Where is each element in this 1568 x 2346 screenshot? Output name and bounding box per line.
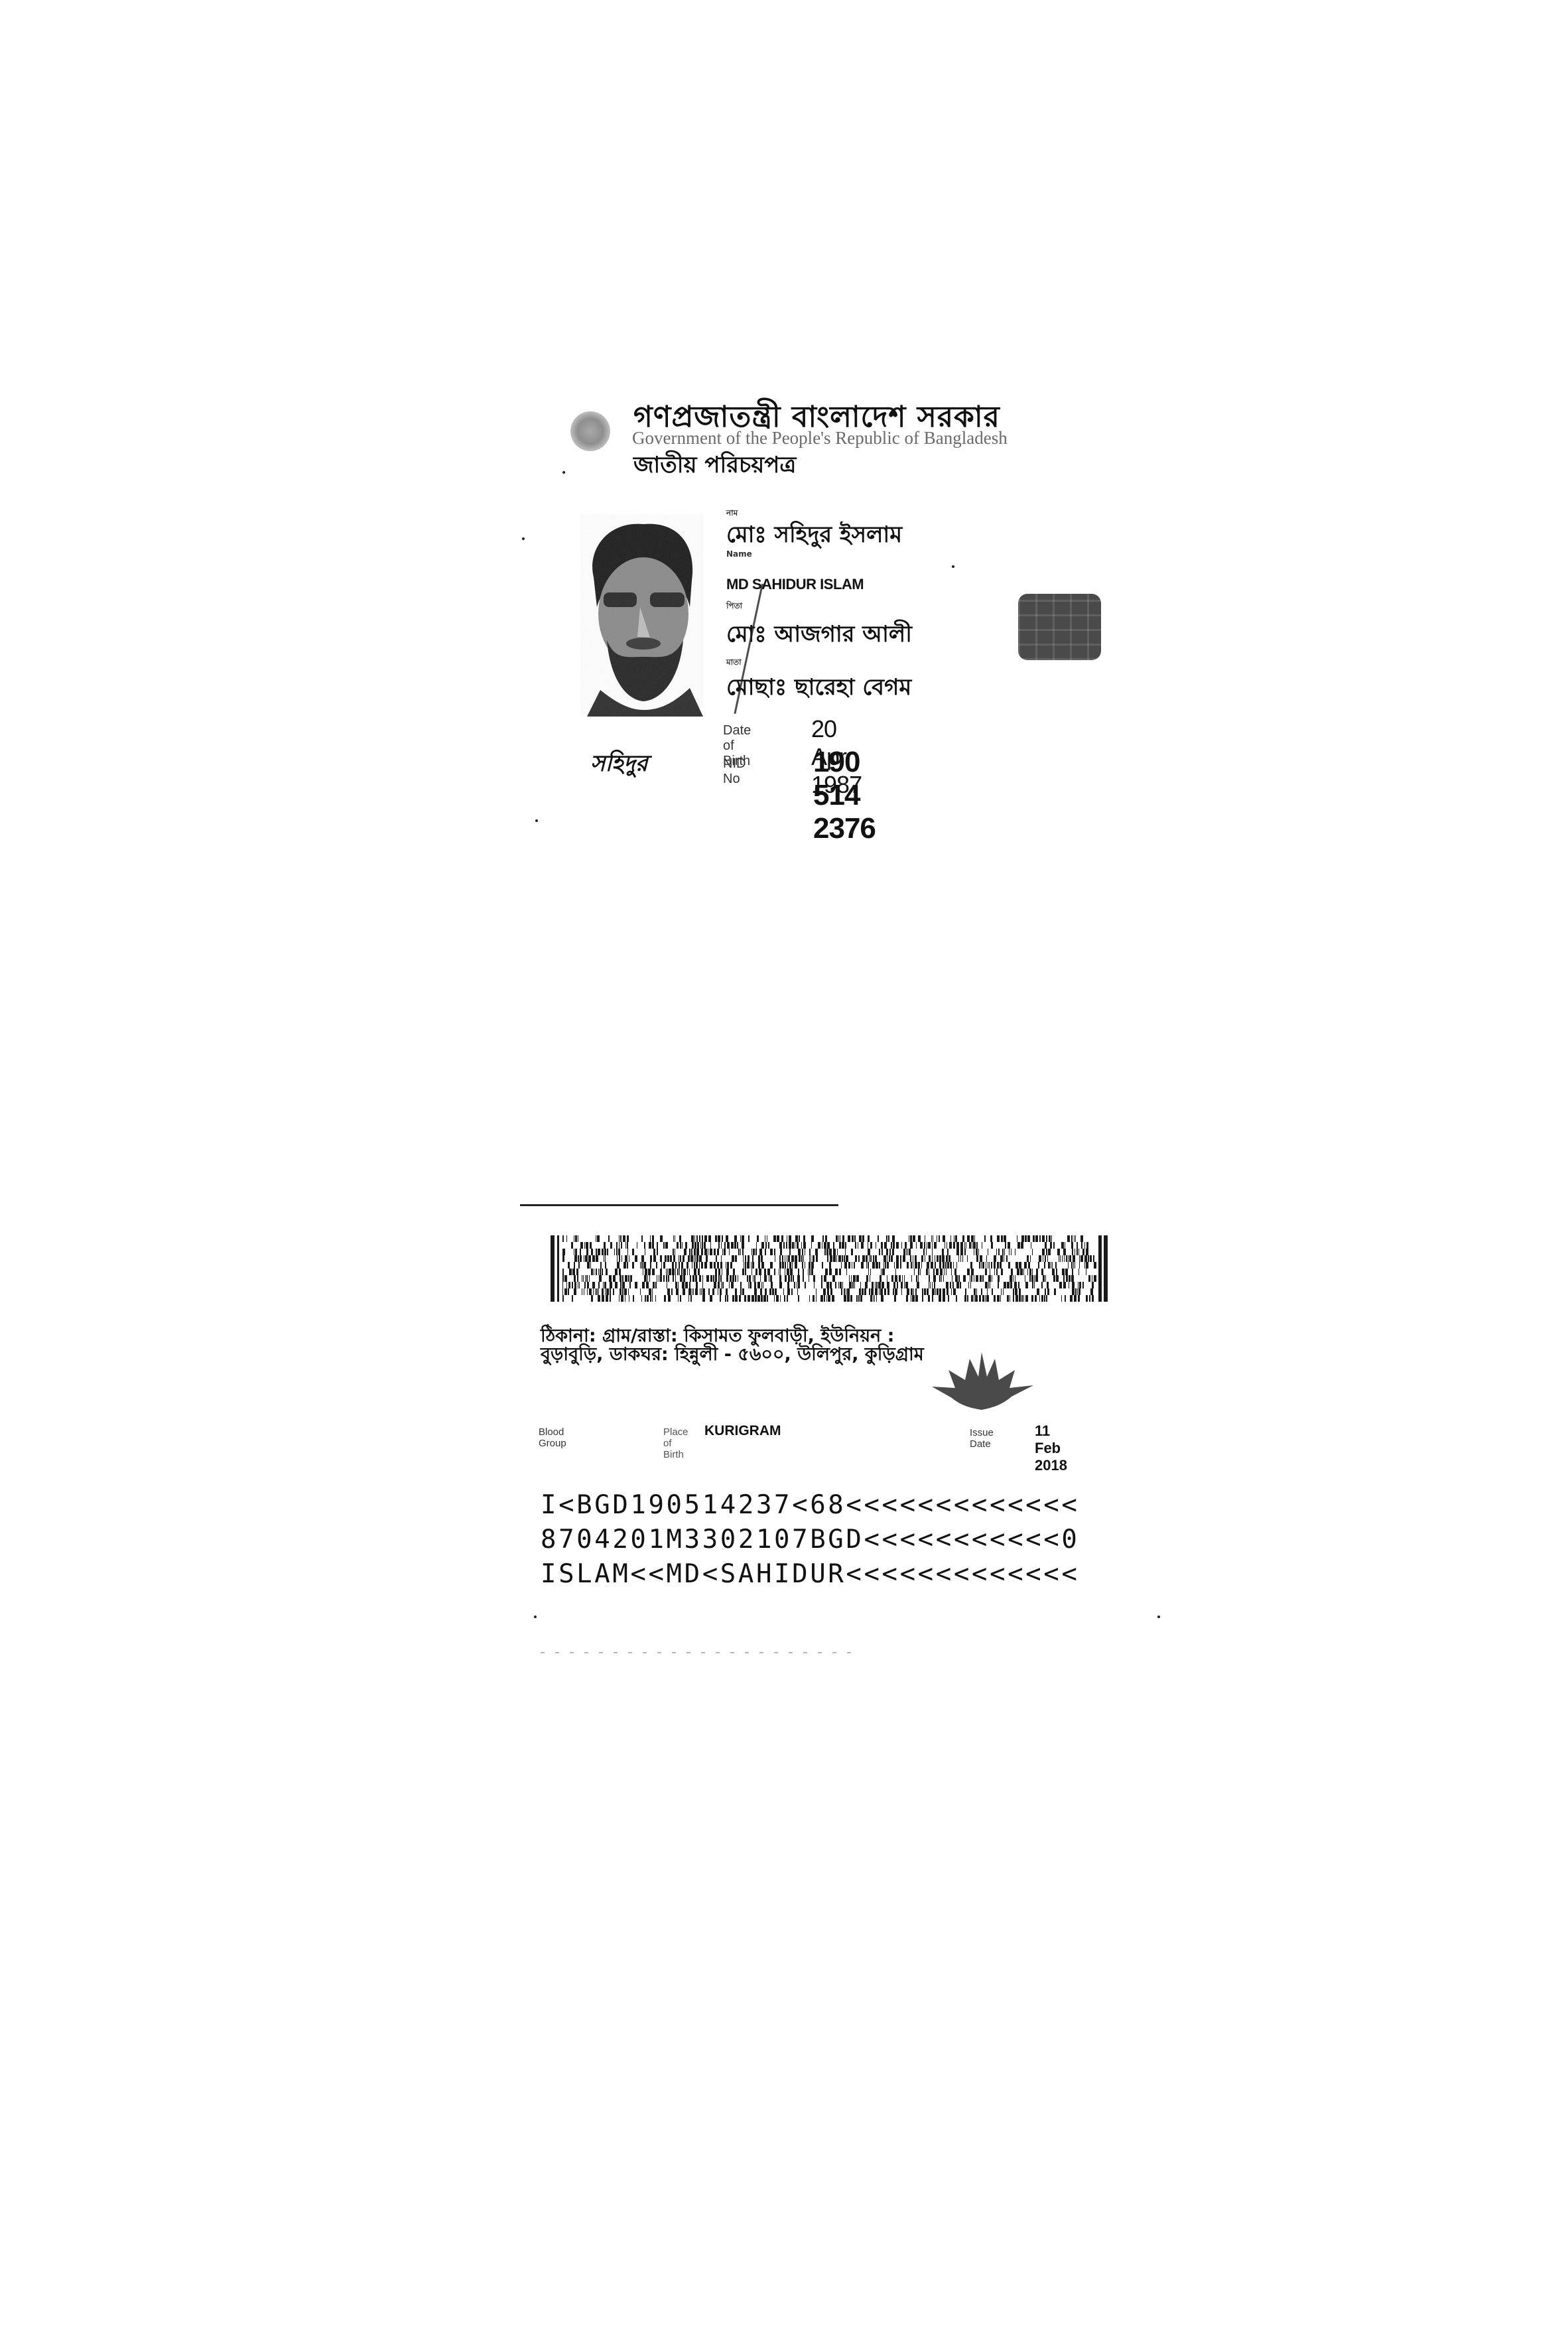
address-bangla: ঠিকানা: গ্রাম/রাস্তা: কিসামত ফুলবাড়ী, ই… [541, 1327, 952, 1364]
father-label: পিতা [726, 600, 742, 614]
name-label-english: Name [726, 549, 752, 559]
scan-speck [562, 471, 565, 474]
holder-photo [580, 514, 703, 717]
scan-edge-line [520, 1204, 838, 1206]
portrait-image [580, 514, 703, 717]
scan-speck [535, 819, 538, 822]
issue-date-label: Issue Date [970, 1427, 994, 1450]
place-of-birth-value: KURIGRAM [704, 1423, 781, 1439]
mrz-line-2: 8704201M3302107BGD<<<<<<<<<<<0 [541, 1523, 1079, 1557]
nid-number: 190 514 2376 [813, 746, 876, 845]
nid-label: NID No [723, 756, 746, 787]
name-bangla: মোঃ সহিদুর ইসলাম [726, 517, 902, 555]
blood-group-label: Blood Group [539, 1426, 566, 1449]
scan-speck [1157, 1616, 1160, 1618]
holder-signature: সহিদুর [590, 746, 648, 784]
issue-date-value: 11 Feb 2018 [1035, 1422, 1067, 1474]
scan-edge-dashes [541, 1652, 852, 1653]
header-english: Government of the People's Republic of B… [632, 428, 1008, 448]
mother-name: মোছাঃ ছারেহা বেগম [726, 670, 911, 708]
mrz-line-1: I<BGD190514237<68<<<<<<<<<<<<< [541, 1488, 1079, 1523]
card-title: জাতীয় পরিচয়পত্র [633, 448, 796, 486]
pdf417-barcode [551, 1235, 1108, 1302]
government-seal-icon [570, 411, 610, 451]
machine-readable-zone: I<BGD190514237<68<<<<<<<<<<<<< 8704201M3… [541, 1488, 1079, 1592]
scan-speck [952, 565, 954, 568]
scan-speck [534, 1616, 537, 1618]
mother-label: মাতা [726, 657, 742, 670]
smart-chip-icon [1018, 594, 1101, 660]
place-of-birth-label: Place of Birth [663, 1426, 688, 1460]
scan-speck [522, 537, 525, 540]
water-lily-emblem-icon [929, 1347, 1035, 1413]
scan-speck [851, 831, 854, 833]
name-english: MD SAHIDUR ISLAM [726, 576, 864, 593]
barcode-pattern [551, 1235, 1108, 1302]
mrz-line-3: ISLAM<<MD<SAHIDUR<<<<<<<<<<<<< [541, 1557, 1079, 1592]
